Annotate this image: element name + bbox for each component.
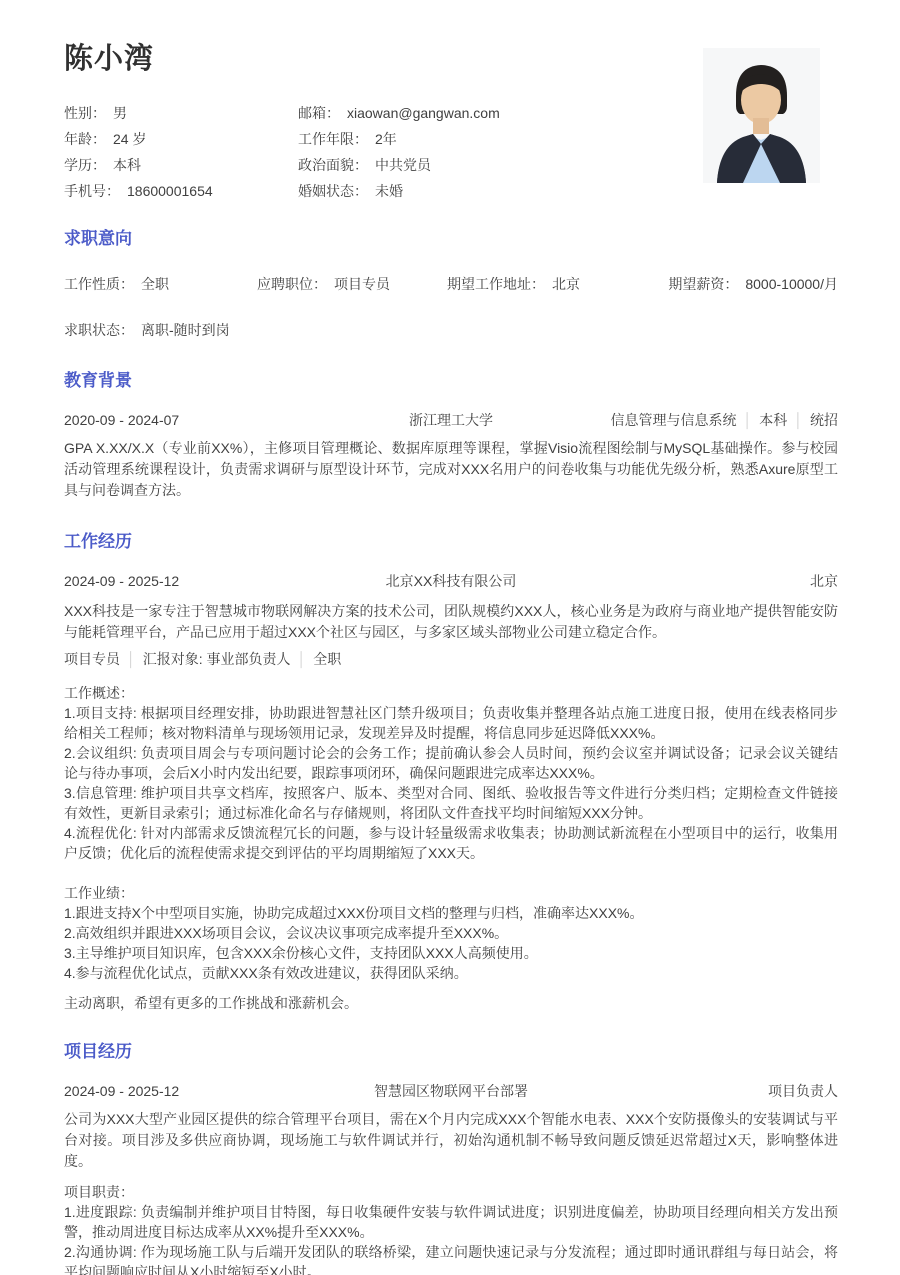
work-company: 北京XX科技有限公司 xyxy=(314,571,588,591)
info-age-value: 24 岁 xyxy=(113,131,146,147)
section-title-job-intent: 求职意向 xyxy=(64,228,838,250)
intent-position-value: 项目专员 xyxy=(334,276,390,292)
work-location: 北京 xyxy=(588,571,838,591)
info-work-years: 工作年限：2年 xyxy=(298,126,628,152)
work-achievement-item: 4.参与流程优化试点，贡献XXX条有效改进建议，获得团队采纳。 xyxy=(64,963,838,983)
project-description: 公司为XXX大型产业园区提供的综合管理平台项目，需在X个月内完成XXX个智能水电… xyxy=(64,1109,838,1172)
work-date: 2024-09 - 2025-12 xyxy=(64,571,314,591)
intent-position-label: 应聘职位： xyxy=(257,276,327,292)
info-political-status-value: 中共党员 xyxy=(375,157,431,173)
work-overview-item: 3.信息管理: 维护项目共享文档库，按照客户、版本、类型对合同、图纸、验收报告等… xyxy=(64,783,838,823)
section-title-education: 教育背景 xyxy=(64,370,838,392)
project-duties-title: 项目职责： xyxy=(64,1182,838,1202)
project-entry-row: 2024-09 - 2025-12 智慧园区物联网平台部署 项目负责人 xyxy=(64,1081,838,1101)
work-overview: 工作概述： 1.项目支持: 根据项目经理安排，协助跟进智慧社区门禁升级项目；负责… xyxy=(64,683,838,863)
intent-position: 应聘职位：项目专员 xyxy=(257,274,447,294)
work-overview-item: 4.流程优化: 针对内部需求反馈流程冗长的问题，参与设计轻量级需求收集表；协助测… xyxy=(64,823,838,863)
info-phone: 手机号：18600001654 xyxy=(64,178,298,204)
info-political-status-label: 政治面貌： xyxy=(298,157,368,173)
info-age: 年龄：24 岁 xyxy=(64,126,298,152)
info-age-label: 年龄： xyxy=(64,131,106,147)
intent-job-nature-value: 全职 xyxy=(141,276,169,292)
work-achievement-item: 2.高效组织并跟进XXX场项目会议，会议决议事项完成率提升至XXX%。 xyxy=(64,923,838,943)
project-duty-item: 2.沟通协调: 作为现场施工队与后端开发团队的联络桥梁，建立问题快速记录与分发流… xyxy=(64,1242,838,1275)
work-company-intro: XXX科技是一家专注于智慧城市物联网解决方案的技术公司，团队规模约XXX人，核心… xyxy=(64,601,838,643)
info-degree-label: 学历： xyxy=(64,157,106,173)
separator-bar: │ xyxy=(127,651,136,667)
intent-salary-value: 8000-10000/月 xyxy=(745,276,838,292)
info-gender-value: 男 xyxy=(113,105,127,121)
intent-location: 期望工作地址：北京 xyxy=(447,274,659,294)
separator-bar: │ xyxy=(744,412,753,428)
info-email: 邮箱：xiaowan@gangwan.com xyxy=(298,100,628,126)
info-marital-status: 婚姻状态：未婚 xyxy=(298,178,628,204)
work-overview-title: 工作概述： xyxy=(64,683,838,703)
info-marital-status-label: 婚姻状态： xyxy=(298,183,368,199)
intent-status-value: 离职-随时到岗 xyxy=(141,322,230,338)
education-degree: 本科 xyxy=(759,412,787,428)
separator-bar: │ xyxy=(298,651,307,667)
intent-job-nature: 工作性质：全职 xyxy=(64,274,257,294)
intent-status: 求职状态：离职-随时到岗 xyxy=(64,320,838,340)
project-name: 智慧园区物联网平台部署 xyxy=(314,1081,588,1101)
intent-job-nature-label: 工作性质： xyxy=(64,276,134,292)
work-achievements-title: 工作业绩： xyxy=(64,883,838,903)
education-date: 2020-09 - 2024-07 xyxy=(64,410,314,430)
intent-location-label: 期望工作地址： xyxy=(447,276,545,292)
education-meta: 信息管理与信息系统│本科│统招 xyxy=(588,410,838,430)
profile-photo-image xyxy=(703,48,820,183)
intent-salary: 期望薪资：8000-10000/月 xyxy=(659,274,838,294)
info-gender-label: 性别： xyxy=(64,105,106,121)
work-job-type: 全职 xyxy=(313,651,341,667)
info-marital-status-value: 未婚 xyxy=(375,183,403,199)
intent-salary-label: 期望薪资： xyxy=(668,276,738,292)
work-position-line: 项目专员│汇报对象: 事业部负责人│全职 xyxy=(64,649,838,669)
project-duty-item: 1.进度跟踪: 负责编制并维护项目甘特图，每日收集硬件安装与软件调试进度；识别进… xyxy=(64,1202,838,1242)
info-work-years-value: 2年 xyxy=(375,131,397,147)
profile-photo xyxy=(703,48,820,183)
work-achievement-item: 3.主导维护项目知识库，包含XXX余份核心文件，支持团队XXX人高频使用。 xyxy=(64,943,838,963)
education-description: GPA X.XX/X.X（专业前XX%），主修项目管理概论、数据库原理等课程，掌… xyxy=(64,438,838,501)
info-work-years-label: 工作年限： xyxy=(298,131,368,147)
work-achievements: 工作业绩： 1.跟进支持X个中型项目实施，协助完成超过XXX份项目文档的整理与归… xyxy=(64,883,838,983)
project-date: 2024-09 - 2025-12 xyxy=(64,1081,314,1101)
section-title-work: 工作经历 xyxy=(64,531,838,553)
info-political-status: 政治面貌：中共党员 xyxy=(298,152,628,178)
education-major: 信息管理与信息系统 xyxy=(611,412,737,428)
work-report-to: 汇报对象: 事业部负责人 xyxy=(143,651,291,667)
intent-status-label: 求职状态： xyxy=(64,322,134,338)
info-email-label: 邮箱： xyxy=(298,105,340,121)
project-duties: 项目职责： 1.进度跟踪: 负责编制并维护项目甘特图，每日收集硬件安装与软件调试… xyxy=(64,1182,838,1275)
intent-location-value: 北京 xyxy=(552,276,580,292)
education-school: 浙江理工大学 xyxy=(314,410,588,430)
info-phone-value: 18600001654 xyxy=(127,183,213,199)
info-gender: 性别：男 xyxy=(64,100,298,126)
work-overview-item: 2.会议组织: 负责项目周会与专项问题讨论会的会务工作；提前确认参会人员时间，预… xyxy=(64,743,838,783)
job-intent-row1: 工作性质：全职 应聘职位：项目专员 期望工作地址：北京 期望薪资：8000-10… xyxy=(64,274,838,294)
info-email-value: xiaowan@gangwan.com xyxy=(347,105,500,121)
section-title-project: 项目经历 xyxy=(64,1041,838,1063)
work-entry-row: 2024-09 - 2025-12 北京XX科技有限公司 北京 xyxy=(64,571,838,591)
info-degree: 学历：本科 xyxy=(64,152,298,178)
work-leave-reason: 主动离职，希望有更多的工作挑战和涨薪机会。 xyxy=(64,993,838,1013)
separator-bar: │ xyxy=(794,412,803,428)
work-achievement-item: 1.跟进支持X个中型项目实施，协助完成超过XXX份项目文档的整理与归档，准确率达… xyxy=(64,903,838,923)
info-phone-label: 手机号： xyxy=(64,183,120,199)
resume-page: 陈小湾 性别：男 邮箱：xiaowan@gangwan.com 年龄：24 岁 … xyxy=(0,0,900,1275)
education-entry-row: 2020-09 - 2024-07 浙江理工大学 信息管理与信息系统│本科│统招 xyxy=(64,410,838,430)
work-overview-item: 1.项目支持: 根据项目经理安排，协助跟进智慧社区门禁升级项目；负责收集并整理各… xyxy=(64,703,838,743)
education-admission: 统招 xyxy=(810,412,838,428)
project-role: 项目负责人 xyxy=(588,1081,838,1101)
work-position: 项目专员 xyxy=(64,651,120,667)
info-degree-value: 本科 xyxy=(113,157,141,173)
